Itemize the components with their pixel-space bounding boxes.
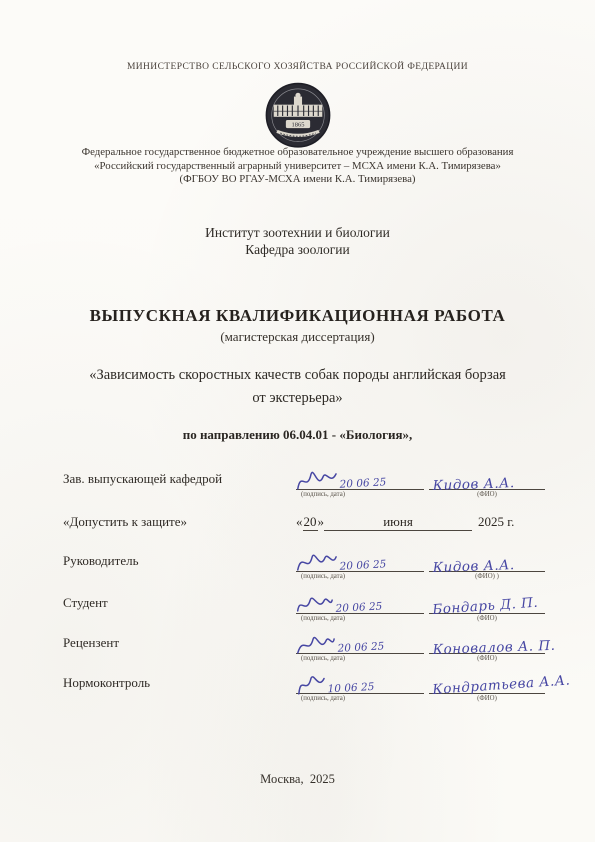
- handwritten-name: Кидов А.А.: [432, 475, 515, 494]
- institution-line-2: «Российский государственный аграрный уни…: [0, 160, 595, 174]
- direction-line: по направлению 06.04.01 - «Биология»,: [0, 427, 595, 443]
- signature-scribble-icon: [295, 549, 338, 575]
- handwritten-date: 20 06 25: [339, 558, 386, 572]
- sig-label: Нормоконтроль: [63, 675, 150, 691]
- university-emblem: 1865: [0, 82, 595, 155]
- thesis-title-line-1: «Зависимость скоростных качеств собак по…: [0, 364, 595, 387]
- handwritten-date: 20 06 25: [339, 476, 386, 490]
- sig-row-supervisor: Руководитель (подпись, дата) 20 06 25 (Ф…: [63, 544, 545, 588]
- sig-label: Студент: [63, 595, 108, 611]
- sig-row-student: Студент (подпись, дата) 20 06 25 (ФИО) Б…: [63, 586, 545, 630]
- work-subtype: (магистерская диссертация): [0, 329, 595, 345]
- sig-row-reviewer: Рецензент (подпись, дата) 20 06 25 (ФИО)…: [63, 626, 545, 670]
- sig-label: Зав. выпускающей кафедрой: [63, 471, 222, 487]
- emblem-year: 1865: [291, 122, 304, 129]
- university-emblem-icon: 1865: [257, 82, 339, 150]
- handwritten-signature: 20 06 25: [295, 628, 385, 657]
- sig-label: Рецензент: [63, 635, 119, 651]
- admit-day: 20: [303, 514, 318, 531]
- admit-date: «20»июня2025 г.: [296, 514, 514, 531]
- sig-label: Руководитель: [63, 553, 139, 569]
- signature-name-field: (ФИО) Коновалов А. П.: [429, 626, 545, 662]
- handwritten-signature: 10 06 25: [295, 669, 375, 697]
- city-year: Москва, 2025: [0, 772, 595, 787]
- signature-date-field: (подпись, дата) 10 06 25: [296, 666, 424, 702]
- admit-year: 2025 г.: [478, 514, 514, 529]
- handwritten-date: 20 06 25: [335, 600, 382, 614]
- department-line: Кафедра зоологии: [0, 241, 595, 258]
- handwritten-signature: 20 06 25: [295, 464, 387, 493]
- handwritten-signature: 20 06 25: [295, 546, 387, 575]
- signature-name-field: (ФИО) Бондарь Д. П.: [429, 586, 545, 622]
- signature-date-field: (подпись, дата) 20 06 25: [296, 626, 424, 662]
- signature-date-field: (подпись, дата) 20 06 25: [296, 586, 424, 622]
- institution-line-3: (ФГБОУ ВО РГАУ-МСХА имени К.А. Тимирязев…: [0, 173, 595, 187]
- handwritten-date: 20 06 25: [337, 640, 384, 654]
- handwritten-signature: 20 06 25: [295, 588, 383, 617]
- signature-name-field: (ФИО) ) Кидов А.А.: [429, 544, 545, 580]
- admit-label: «Допустить к защите»: [63, 514, 187, 530]
- signature-scribble-icon: [295, 467, 338, 493]
- handwritten-name: Кидов А.А.: [432, 557, 515, 576]
- scanned-title-page: МИНИСТЕРСТВО СЕЛЬСКОГО ХОЗЯЙСТВА РОССИЙС…: [0, 0, 595, 842]
- institute-line: Институт зоотехнии и биологии: [0, 224, 595, 241]
- signature-date-field: (подпись, дата) 20 06 25: [296, 462, 424, 498]
- signature-name-field: (ФИО) Кидов А.А.: [429, 462, 545, 498]
- institution-line-1: Федеральное государственное бюджетное об…: [0, 146, 595, 160]
- signature-date-field: (подпись, дата) 20 06 25: [296, 544, 424, 580]
- thesis-title-line-2: от экстерьера»: [0, 387, 595, 410]
- institution-name: Федеральное государственное бюджетное об…: [0, 146, 595, 187]
- signature-scribble-icon: [295, 631, 336, 657]
- signature-scribble-icon: [295, 591, 334, 617]
- institute-department: Институт зоотехнии и биологии Кафедра зо…: [0, 224, 595, 258]
- signature-scribble-icon: [295, 671, 326, 697]
- thesis-title: «Зависимость скоростных качеств собак по…: [0, 364, 595, 410]
- signature-name-field: (ФИО) Кондратьева А.А.: [429, 666, 545, 702]
- work-type-title: ВЫПУСКНАЯ КВАЛИФИКАЦИОННАЯ РАБОТА: [0, 306, 595, 326]
- admit-month: июня: [324, 514, 472, 531]
- sig-row-norm-control: Нормоконтроль (подпись, дата) 10 06 25 (…: [63, 666, 545, 710]
- ministry-line: МИНИСТЕРСТВО СЕЛЬСКОГО ХОЗЯЙСТВА РОССИЙС…: [0, 62, 595, 72]
- handwritten-date: 10 06 25: [327, 681, 374, 695]
- sig-row-department-head: Зав. выпускающей кафедрой (подпись, дата…: [63, 462, 545, 506]
